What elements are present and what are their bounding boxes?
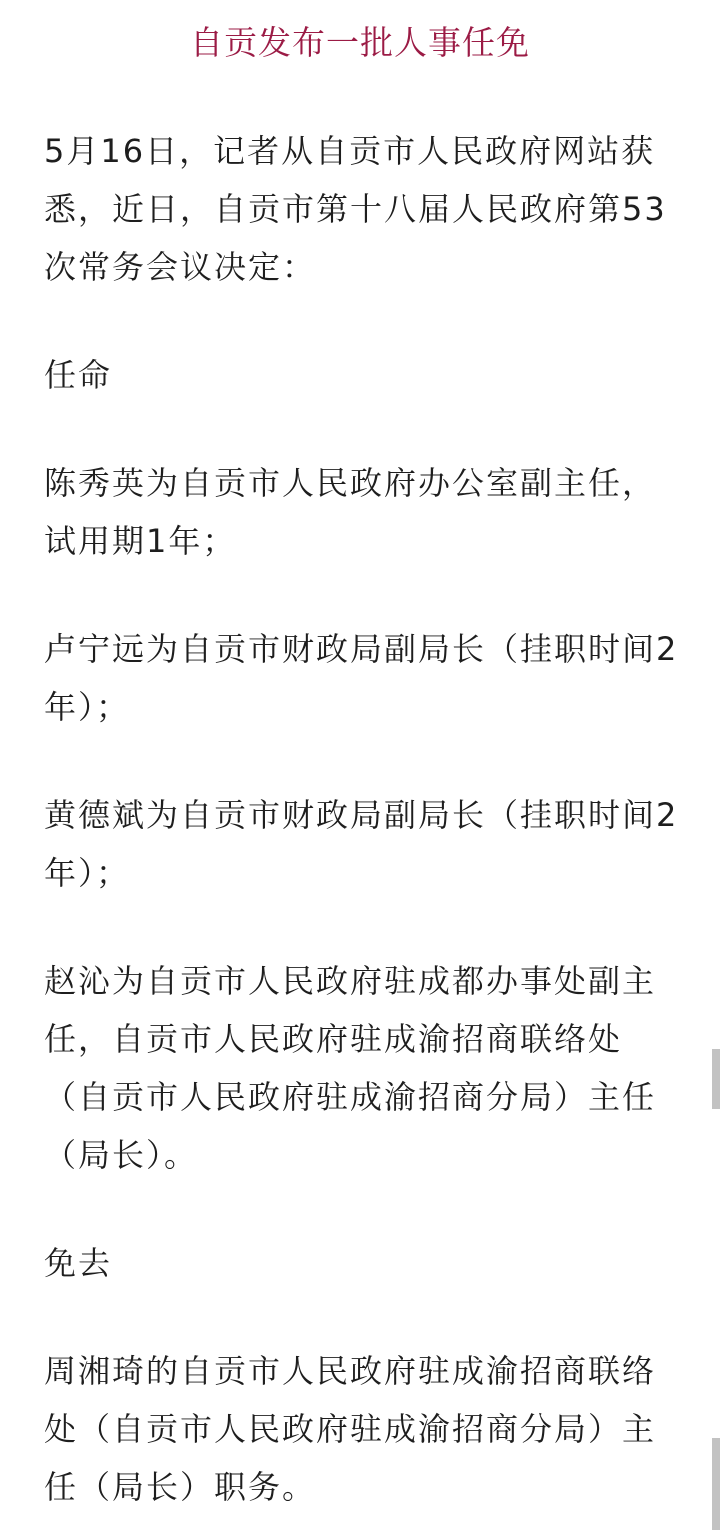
intro-paragraph: 5月16日，记者从自贡市人民政府网站获悉，近日，自贡市第十八届人民政府第53次常… bbox=[44, 122, 680, 296]
dismissals-heading: 免去 bbox=[44, 1234, 680, 1292]
appointment-item: 卢宁远为自贡市财政局副局长（挂职时间2年）； bbox=[44, 620, 680, 736]
scrollbar-thumb[interactable] bbox=[712, 1049, 720, 1109]
appointment-item: 赵沁为自贡市人民政府驻成都办事处副主任，自贡市人民政府驻成渝招商联络处（自贡市人… bbox=[44, 952, 680, 1184]
scrollbar-thumb[interactable] bbox=[712, 1438, 720, 1530]
appointment-item: 黄德斌为自贡市财政局副局长（挂职时间2年）； bbox=[44, 786, 680, 902]
appointment-item: 陈秀英为自贡市人民政府办公室副主任，试用期1年； bbox=[44, 454, 680, 570]
dismissal-item: 周湘琦的自贡市人民政府驻成渝招商联络处（自贡市人民政府驻成渝招商分局）主任（局长… bbox=[44, 1342, 680, 1516]
article-body: 5月16日，记者从自贡市人民政府网站获悉，近日，自贡市第十八届人民政府第53次常… bbox=[44, 122, 680, 1516]
appointments-heading: 任命 bbox=[44, 346, 680, 404]
article-title: 自贡发布一批人事任免 bbox=[0, 18, 720, 68]
